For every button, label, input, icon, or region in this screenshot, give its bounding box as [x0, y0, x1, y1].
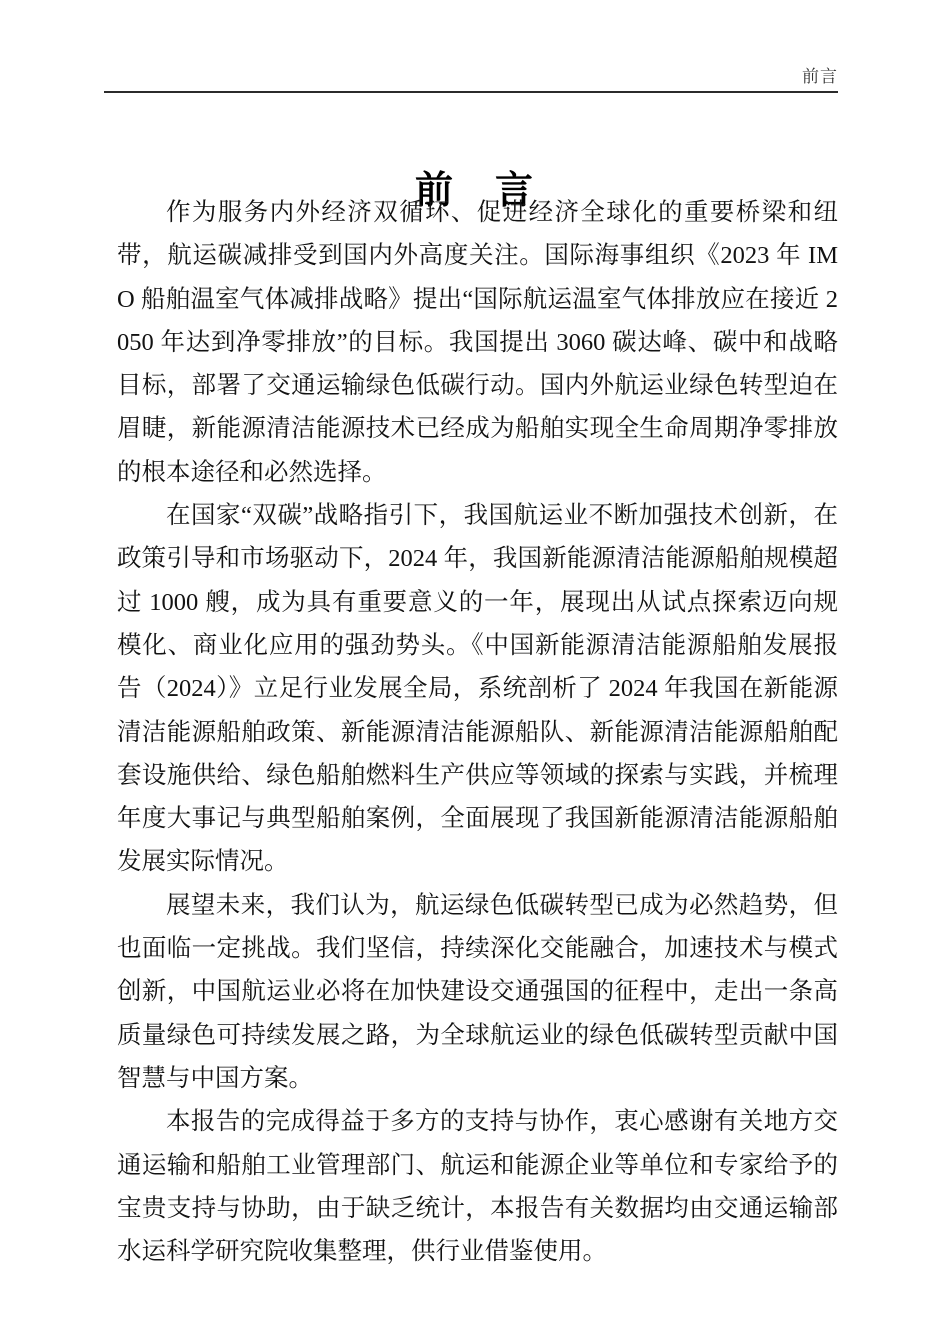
body-paragraph: 作为服务内外经济双循环、促进经济全球化的重要桥梁和纽带，航运碳减排受到国内外高度…: [117, 191, 838, 494]
header-section-label: 前言: [802, 67, 838, 86]
document-page: 前言 前 言 作为服务内外经济双循环、促进经济全球化的重要桥梁和纽带，航运碳减排…: [0, 0, 950, 1344]
body-paragraph: 本报告的完成得益于多方的支持与协作，衷心感谢有关地方交通运输和船舶工业管理部门、…: [117, 1100, 838, 1273]
body-content: 作为服务内外经济双循环、促进经济全球化的重要桥梁和纽带，航运碳减排受到国内外高度…: [117, 191, 838, 1273]
body-paragraph: 展望未来，我们认为，航运绿色低碳转型已成为必然趋势，但也面临一定挑战。我们坚信，…: [117, 884, 838, 1100]
page-header: 前言: [104, 62, 838, 93]
body-paragraph: 在国家“双碳”战略指引下，我国航运业不断加强技术创新，在政策引导和市场驱动下，2…: [117, 494, 838, 884]
